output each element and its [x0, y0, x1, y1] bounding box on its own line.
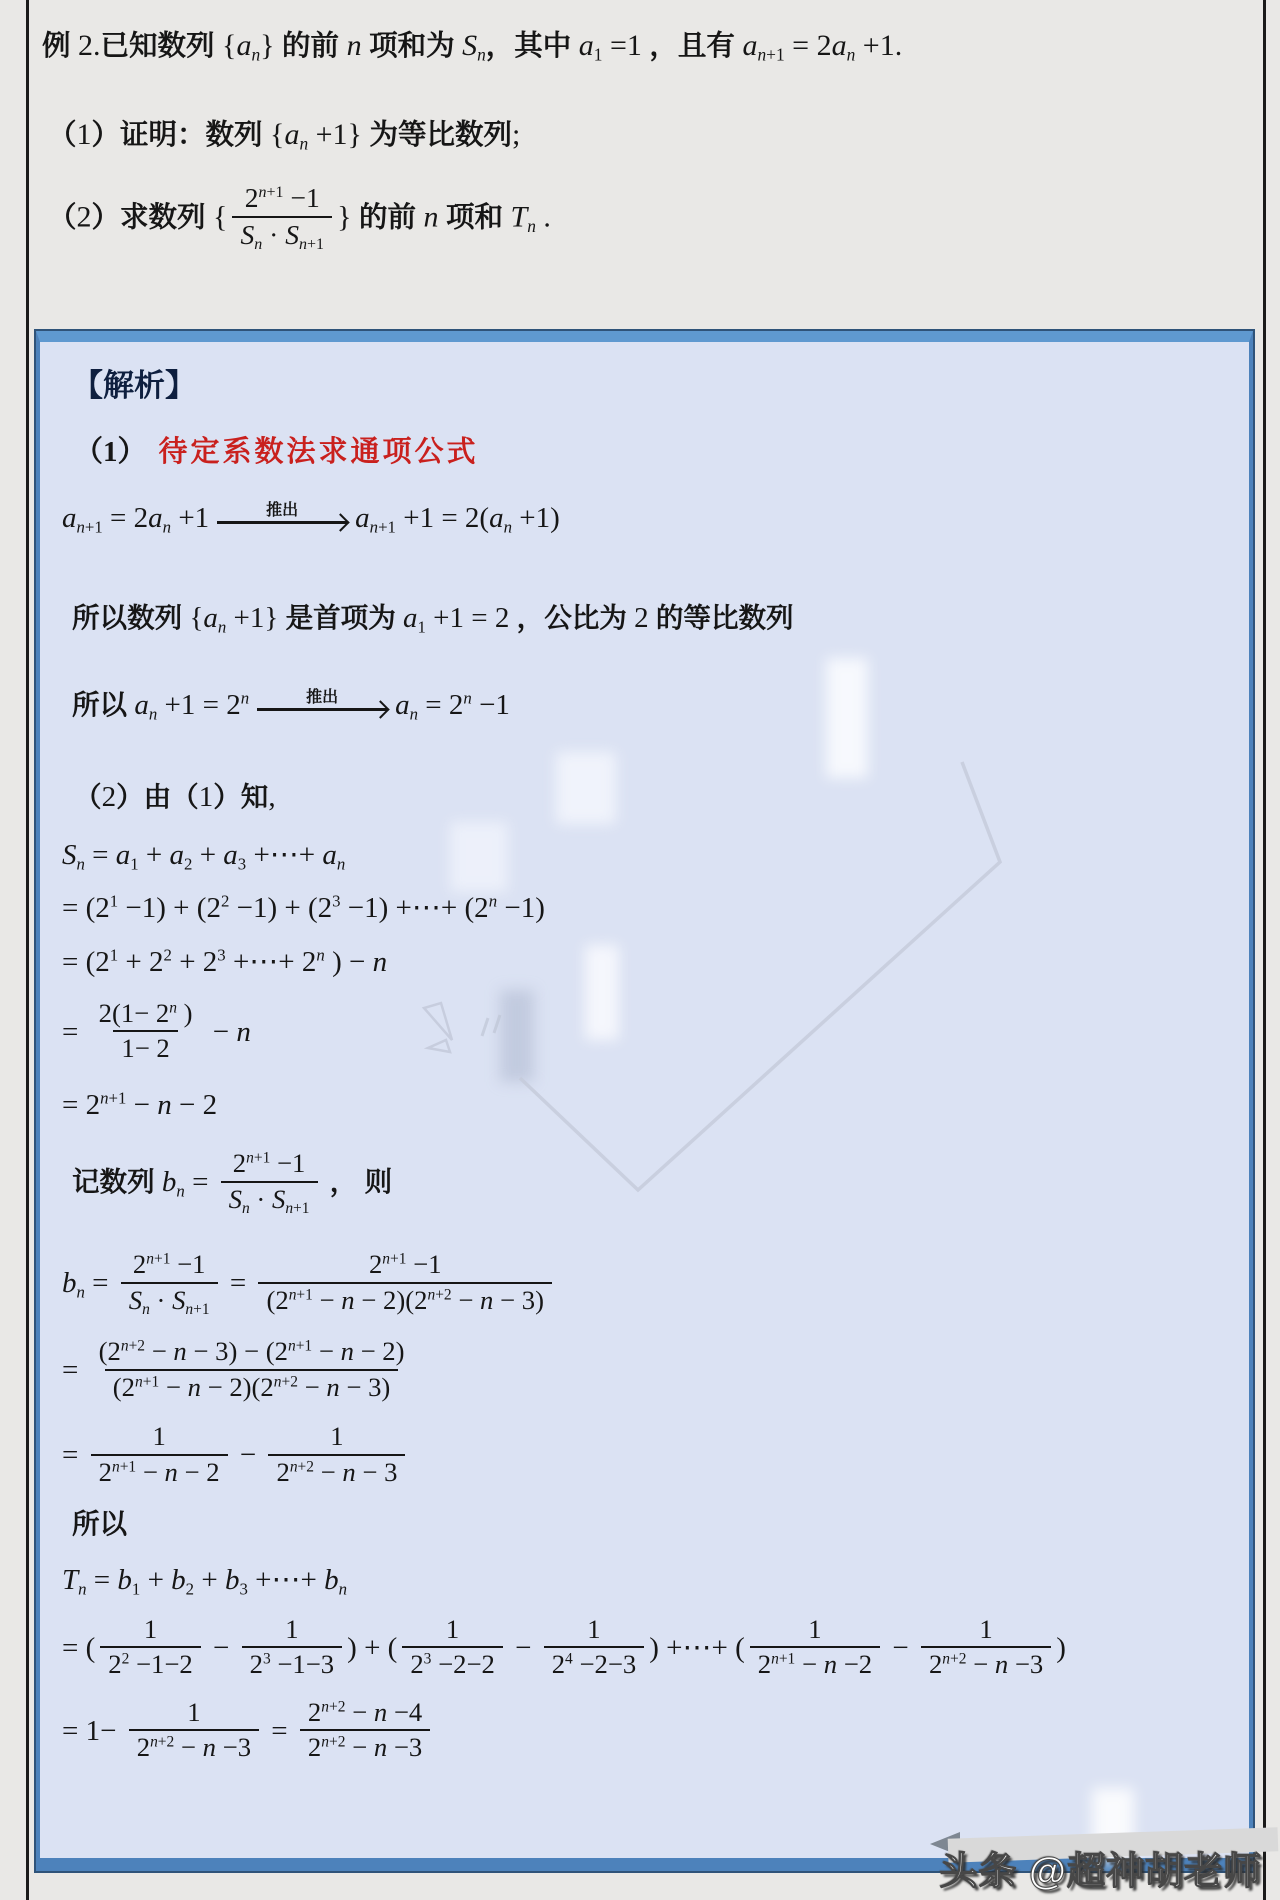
solution-formula-line: （2）由（1）知, [74, 779, 1235, 817]
part1-title-line: （1）待定系数法求通项公式 [74, 429, 1235, 470]
watermark-text: 头条 @超神胡老师 [939, 1851, 1262, 1893]
solution-formula-line: = 12n+1 − n − 2 − 12n+2 − n − 3 [62, 1423, 1235, 1492]
solution-formula-line: 所以数列 {an +1} 是首项为 a1 +1 = 2 ，公比为 2 的等比数列 [72, 600, 1235, 638]
solution-formula-line: Tn = b1 + b2 + b3 +⋯+ bn [62, 1562, 1235, 1600]
solution-formula-line: = (2n+2 − n − 3) − (2n+1 − n − 2)(2n+1 −… [62, 1338, 1235, 1407]
solution-formula-line: 记数列 bn = 2n+1 −1Sn · Sn+1 ， 则 [72, 1150, 1235, 1219]
page-left-rule [26, 0, 29, 1900]
solution-formula-line: 所以 an +1 = 2n推出an = 2n −1 [72, 687, 1235, 725]
solution-formula-line: bn = 2n+1 −1Sn · Sn+1 = 2n+1 −1(2n+1 − n… [62, 1251, 1235, 1320]
solution-body: an+1 = 2an +1推出an+1 +1 = 2(an +1)所以数列 {a… [58, 500, 1235, 1768]
watermark: 头条 @超神胡老师 [939, 1840, 1262, 1895]
page-right-rule [1263, 0, 1266, 1900]
problem-line: （2）求数列 {2n+1 −1Sn · Sn+1} 的前 n 项和 Tn . [48, 184, 1242, 255]
solution-box: 【解析】 （1）待定系数法求通项公式 an+1 = 2an +1推出an+1 +… [36, 331, 1253, 1871]
problem-section: 例 2.已知数列 {an} 的前 n 项和为 Sn，其中 a1 =1 ，且有 a… [42, 0, 1242, 255]
part1-method-title: 待定系数法求通项公式 [159, 436, 479, 468]
solution-formula-line: an+1 = 2an +1推出an+1 +1 = 2(an +1) [62, 500, 1235, 538]
solution-formula-line: = (21 −1) + (22 −1) + (23 −1) +⋯+ (2n −1… [62, 890, 1235, 928]
solution-header: 【解析】 [72, 360, 1235, 405]
problem-line: （1）证明：数列 {an +1} 为等比数列; [48, 115, 1242, 154]
solution-formula-line: = 1− 12n+2 − n −3 = 2n+2 − n −42n+2 − n … [62, 1699, 1235, 1768]
solution-formula-line: = 2(1− 2n )1− 2 − n [62, 1000, 1235, 1069]
solution-formula-line: = (21 + 22 + 23 +⋯+ 2n ) − n [62, 944, 1235, 982]
solution-formula-line: 所以 [72, 1506, 1235, 1544]
solution-formula-line: Sn = a1 + a2 + a3 +⋯+ an [62, 837, 1235, 875]
part1-label: （1） [74, 436, 147, 468]
solution-formula-line: = (122 −1−2 − 123 −1−3) + (123 −2−2 − 12… [62, 1616, 1235, 1685]
solution-formula-line: = 2n+1 − n − 2 [62, 1087, 1235, 1125]
problem-line: 例 2.已知数列 {an} 的前 n 项和为 Sn，其中 a1 =1 ，且有 a… [42, 26, 1242, 65]
